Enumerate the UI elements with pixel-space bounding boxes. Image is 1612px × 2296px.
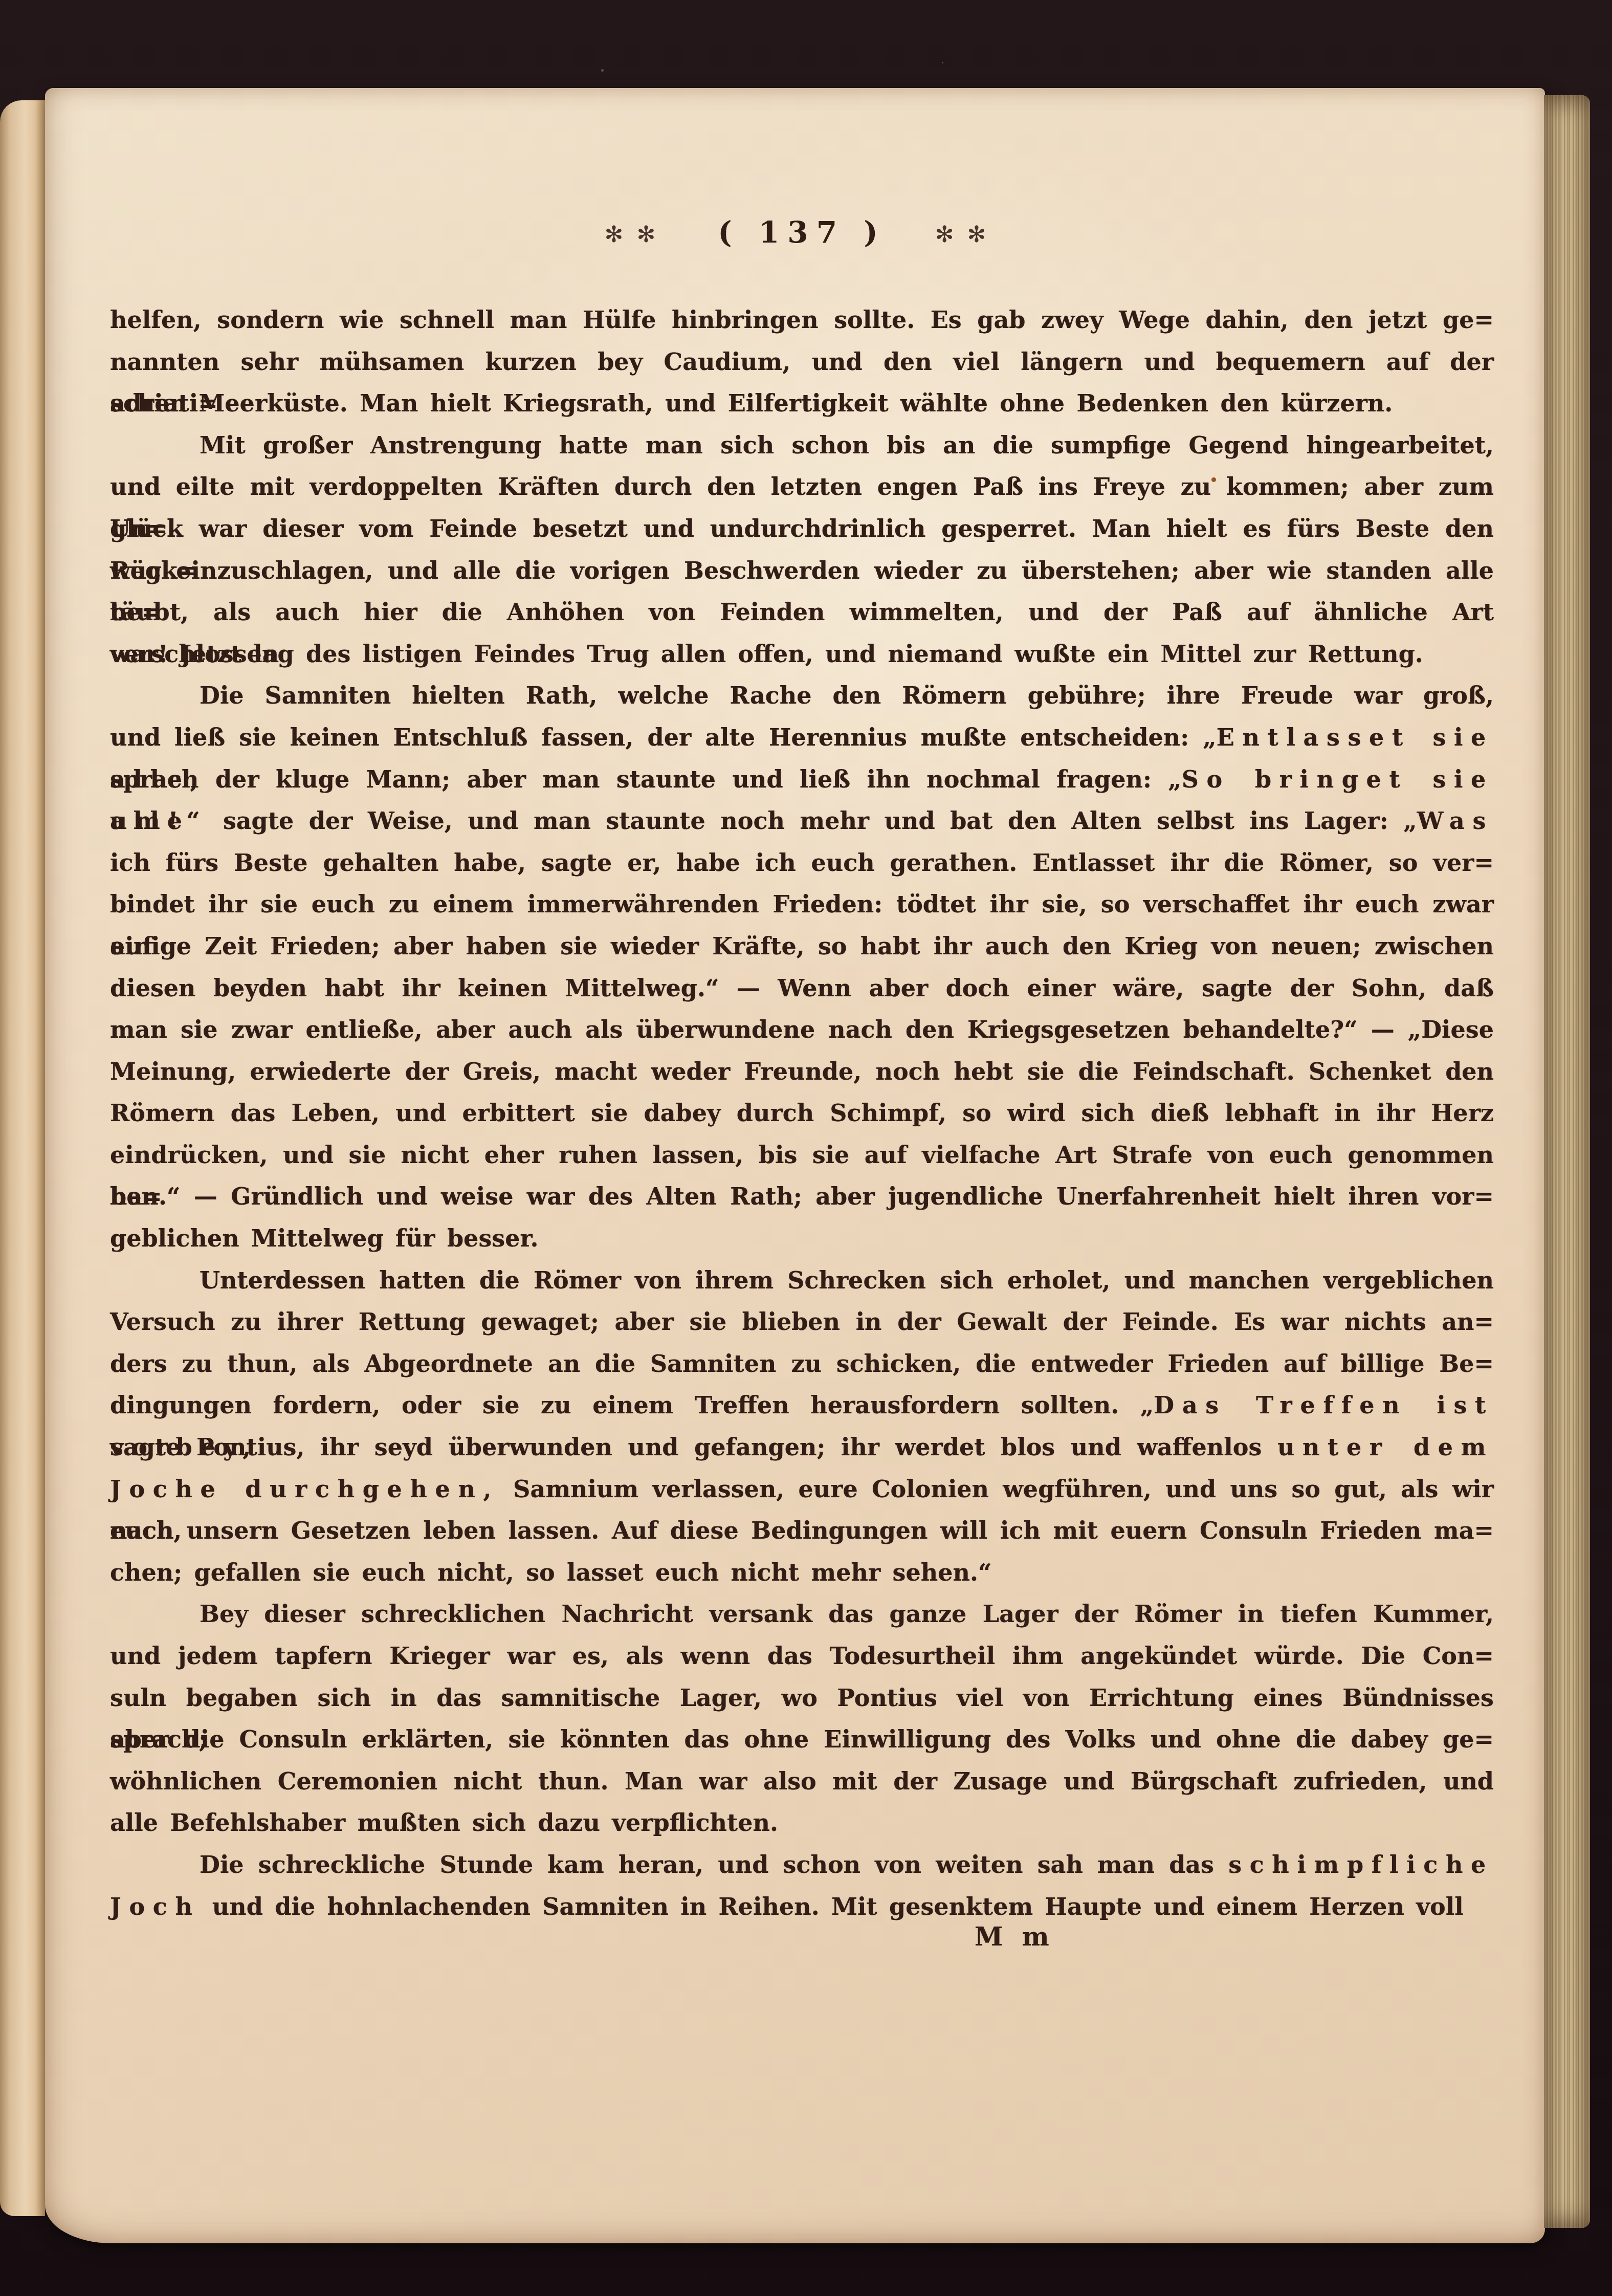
text-line: sprach der kluge Mann; aber man staunte … (110, 759, 1494, 801)
text-line: suln begaben sich in das samnitische Lag… (110, 1677, 1494, 1719)
previous-page-edge (0, 100, 45, 2216)
emphasized-text: Joch (110, 1893, 200, 1920)
text-segment: Unterdessen hatten die Römer von ihrem S… (200, 1266, 1494, 1294)
text-line: Römern das Leben, und erbittert sie dabe… (110, 1092, 1494, 1134)
text-segment: ich fürs Beste gehalten habe, sagte er, … (110, 849, 1494, 877)
text-line: glück war dieser vom Feinde besetzt und … (110, 508, 1494, 550)
text-line: Joche durchgehen, Samnium verlassen, eur… (110, 1469, 1494, 1511)
text-line: Joch und die hohnlachenden Samniten in R… (110, 1886, 1494, 1928)
text-segment: ders zu thun, als Abgeordnete an die Sam… (110, 1350, 1494, 1377)
text-line: aber die Consuln erklärten, sie könnten … (110, 1719, 1494, 1761)
page-number: ( 137 ) (718, 215, 886, 250)
text-line: helfen, sondern wie schnell man Hülfe hi… (110, 299, 1494, 341)
text-segment: Meinung, erwiederte der Greis, macht wed… (110, 1058, 1494, 1085)
text-line: dingungen fordern, oder sie zu einem Tre… (110, 1385, 1494, 1427)
text-segment: sagte der Weise, und man staunte noch me… (208, 807, 1417, 835)
fore-edge (1544, 95, 1590, 2228)
text-line: nannten sehr mühsamen kurzen bey Caudium… (110, 341, 1494, 383)
text-line: schen Meerküste. Man hielt Kriegsrath, u… (110, 383, 1494, 425)
text-segment: Die Samniten hielten Rath, welche Rache … (200, 682, 1494, 709)
text-line: Meinung, erwiederte der Greis, macht wed… (110, 1051, 1494, 1093)
text-segment: helfen, sondern wie schnell man Hülfe hi… (110, 306, 1494, 334)
text-segment: einige Zeit Frieden; aber haben sie wied… (110, 932, 1494, 960)
text-segment: sagte Pontius, ihr seyd überwunden und g… (110, 1433, 1277, 1461)
text-line: ders zu thun, als Abgeordnete an die Sam… (110, 1343, 1494, 1385)
text-line: und ließ sie keinen Entschluß fassen, de… (110, 717, 1494, 759)
text-segment: wöhnlichen Ceremonien nicht thun. Man wa… (110, 1767, 1494, 1795)
text-segment: geblichen Mittelweg für besser. (110, 1224, 538, 1252)
emphasized-text: unter dem (1277, 1433, 1494, 1461)
text-segment: alle Befehlshaber mußten sich dazu verpf… (110, 1809, 778, 1836)
text-line: geblichen Mittelweg für besser. (110, 1218, 1494, 1260)
text-line: wöhnlichen Ceremonien nicht thun. Man wa… (110, 1761, 1494, 1803)
text-segment: Die schreckliche Stunde kam heran, und s… (200, 1851, 1228, 1878)
text-segment: man sie zwar entließe, aber auch als übe… (110, 1016, 1494, 1043)
signature-mark: M m (975, 1921, 1054, 1952)
text-segment: diesen beyden habt ihr keinen Mittelweg.… (110, 974, 1494, 1002)
text-line: nach unsern Gesetzen leben lassen. Auf d… (110, 1510, 1494, 1552)
scan-background: { "colors": { "background": "#1f1316", "… (0, 0, 1612, 2296)
text-segment: ben.“ — Gründlich und weise war des Alte… (110, 1183, 1494, 1210)
text-line: einige Zeit Frieden; aber haben sie wied… (110, 926, 1494, 968)
emphasized-text: um!“ (110, 807, 208, 835)
text-segment: sprach der kluge Mann; aber man staunte … (110, 766, 1182, 793)
text-line: Mit großer Anstrengung hatte man sich sc… (110, 425, 1494, 467)
text-line: Die Samniten hielten Rath, welche Rache … (110, 675, 1494, 717)
text-segment: Römern das Leben, und erbittert sie dabe… (110, 1099, 1494, 1127)
text-line: bindet ihr sie euch zu einem immerwähren… (110, 884, 1494, 926)
text-line: weg einzuschlagen, und alle die vorigen … (110, 550, 1494, 592)
text-line: eindrücken, und sie nicht eher ruhen las… (110, 1134, 1494, 1176)
text-line: alle Befehlshaber mußten sich dazu verpf… (110, 1802, 1494, 1844)
text-segment: dingungen fordern, oder sie zu einem Tre… (110, 1391, 1154, 1419)
text-line: ich fürs Beste gehalten habe, sagte er, … (110, 842, 1494, 884)
text-line: und jedem tapfern Krieger war es, als we… (110, 1635, 1494, 1677)
book-page: ✻✻ ( 137 ) ✻✻ helfen, sondern wie schnel… (45, 88, 1545, 2243)
text-segment: Bey dieser schrecklichen Nachricht versa… (200, 1600, 1494, 1628)
text-segment: Mit großer Anstrengung hatte man sich sc… (200, 431, 1494, 459)
text-line: man sie zwar entließe, aber auch als übe… (110, 1009, 1494, 1051)
text-line: um!“ sagte der Weise, und man staunte no… (110, 800, 1494, 842)
text-line: chen; gefallen sie euch nicht, so lasset… (110, 1552, 1494, 1594)
text-line: und eilte mit verdoppelten Kräften durch… (110, 466, 1494, 508)
text-line: Die schreckliche Stunde kam heran, und s… (110, 1844, 1494, 1886)
text-segment: chen; gefallen sie euch nicht, so lasset… (110, 1559, 991, 1586)
emphasized-text: Joche durchgehen, (110, 1475, 499, 1503)
text-line: Unterdessen hatten die Römer von ihrem S… (110, 1260, 1494, 1302)
text-segment: aber die Consuln erklärten, sie könnten … (110, 1725, 1494, 1753)
text-line: ben.“ — Gründlich und weise war des Alte… (110, 1176, 1494, 1218)
body-text: helfen, sondern wie schnell man Hülfe hi… (110, 299, 1494, 1928)
text-line: war! Jetzt lag des listigen Feindes Trug… (110, 633, 1494, 675)
text-segment: nach unsern Gesetzen leben lassen. Auf d… (110, 1517, 1494, 1544)
emphasized-text: schimpfliche (1228, 1851, 1494, 1878)
page-header: ✻✻ ( 137 ) ✻✻ (110, 215, 1494, 250)
text-segment: und die hohnlachenden Samniten in Reihen… (200, 1893, 1463, 1920)
text-segment: war! Jetzt lag des listigen Feindes Trug… (110, 640, 1423, 668)
text-line: Versuch zu ihrer Rettung gewaget; aber s… (110, 1301, 1494, 1343)
text-segment: Versuch zu ihrer Rettung gewaget; aber s… (110, 1308, 1494, 1336)
emphasized-text: Was (1417, 807, 1494, 835)
printer-ornament-left-icon: ✻✻ (605, 222, 669, 248)
printer-ornament-right-icon: ✻✻ (935, 222, 1000, 248)
text-line: sagte Pontius, ihr seyd überwunden und g… (110, 1427, 1494, 1469)
text-segment: schen Meerküste. Man hielt Kriegsrath, u… (110, 389, 1393, 417)
text-segment: und ließ sie keinen Entschluß fassen, de… (110, 724, 1217, 751)
text-segment: und jedem tapfern Krieger war es, als we… (110, 1642, 1494, 1670)
text-line: diesen beyden habt ihr keinen Mittelweg.… (110, 968, 1494, 1010)
text-line: täubt, als auch hier die Anhöhen von Fei… (110, 592, 1494, 633)
text-line: Bey dieser schrecklichen Nachricht versa… (110, 1593, 1494, 1635)
